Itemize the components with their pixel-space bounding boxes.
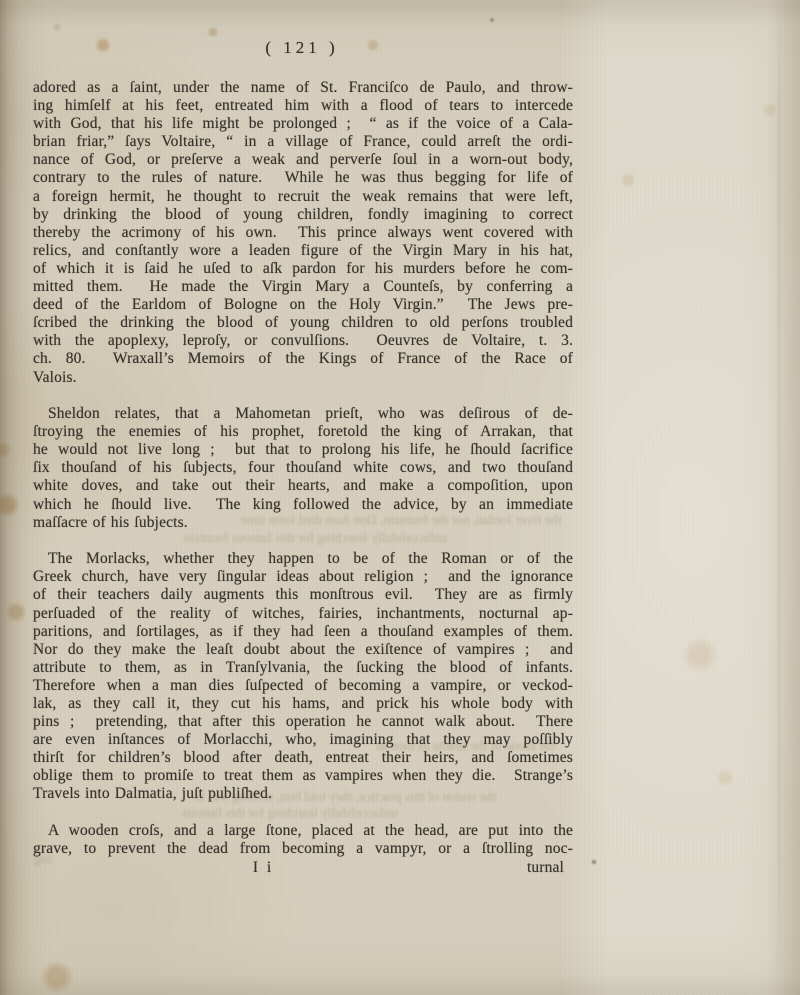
text-line: mitted them. He made the Virgin Mary a C…	[33, 278, 573, 296]
text-line: A wooden croſs, and a large ſtone, place…	[33, 822, 573, 840]
text-line: maſſacre of his ſubjects.	[33, 514, 573, 532]
text-line: ſix thouſand of his ſubjects, four thouſ…	[33, 459, 573, 477]
text-line: paritions, and ſortilages, as if they ha…	[33, 623, 573, 641]
text-line: contrary to the rules of nature. While h…	[33, 169, 573, 187]
text-line: with the apoplexy, leproſy, or convulſio…	[33, 332, 573, 350]
paragraph: The Morlacks, whether they happen to be …	[33, 550, 573, 803]
text-line: brian friar,” ſays Voltaire, “ in a vill…	[33, 133, 573, 151]
catchword: turnal	[527, 859, 564, 877]
text-line: he would not live long ; but that to pro…	[33, 441, 573, 459]
page-number-header: ( 121 )	[0, 38, 604, 58]
crease-line	[778, 0, 780, 995]
text-line: adored as a ſaint, under the name of St.…	[33, 79, 573, 97]
page-text: adored as a ſaint, under the name of St.…	[33, 79, 573, 877]
text-line: Therefore when a man dies ſuſpected of b…	[33, 677, 573, 695]
text-line: Sheldon relates, that a Mahometan prieſt…	[33, 405, 573, 423]
paragraph: adored as a ſaint, under the name of St.…	[33, 79, 573, 387]
text-line: a foreign hermit, he thought to recruit …	[33, 188, 573, 206]
text-line: which he ſhould live. The king followed …	[33, 496, 573, 514]
text-line: ing himſelf at his feet, entreated him w…	[33, 97, 573, 115]
footer-line: I i turnal	[33, 859, 573, 877]
text-line: Nor do they make the leaſt doubt about t…	[33, 641, 573, 659]
text-line: by drinking the blood of young children,…	[33, 206, 573, 224]
text-line: ſtroying the enemies of his prophet, for…	[33, 423, 573, 441]
text-line: are even inſtances of Morlacchi, who, im…	[33, 731, 573, 749]
text-line: perſuaded of the reality of witches, fai…	[33, 605, 573, 623]
text-line: relics, and conſtantly wore a leaden fig…	[33, 242, 573, 260]
text-line: ch. 80. Wraxall’s Memoirs of the Kings o…	[33, 350, 573, 368]
scanned-book-page: { "colors": { "paper": "#d5cebc", "ink":…	[0, 0, 800, 995]
text-line: ſcribed the drinking the blood of young …	[33, 314, 573, 332]
text-line: nance of God, or preſerve a weak and per…	[33, 151, 573, 169]
text-line: Valois.	[33, 369, 573, 387]
text-line: white doves, and take out their hearts, …	[33, 477, 573, 495]
signature-mark: I i	[233, 859, 293, 877]
text-line: thereby the acrimony of his own. This pr…	[33, 224, 573, 242]
text-line: oblige them to promiſe to treat them as …	[33, 767, 573, 785]
text-line: Travels into Dalmatia, juſt publiſhed.	[33, 785, 573, 803]
text-line: Greek church, have very ſingular ideas a…	[33, 568, 573, 586]
text-line: attribute to them, as in Tranſylvania, t…	[33, 659, 573, 677]
text-line: deed of the Earldom of Bologne on the Ho…	[33, 296, 573, 314]
paragraph: Sheldon relates, that a Mahometan prieſt…	[33, 405, 573, 532]
text-line: grave, to prevent the dead from becoming…	[33, 840, 573, 858]
text-line: of which it is ſaid he uſed to aſk pardo…	[33, 260, 573, 278]
text-line: The Morlacks, whether they happen to be …	[33, 550, 573, 568]
text-line: thirſt for children’s blood after death,…	[33, 749, 573, 767]
paragraph: A wooden croſs, and a large ſtone, place…	[33, 822, 573, 858]
text-line: with God, that his life might be prolong…	[33, 115, 573, 133]
text-line: of their teachers daily augments this mo…	[33, 586, 573, 604]
text-line: lak, as they call it, they cut his hams,…	[33, 695, 573, 713]
text-line: pins ; pretending, that after this opera…	[33, 713, 573, 731]
